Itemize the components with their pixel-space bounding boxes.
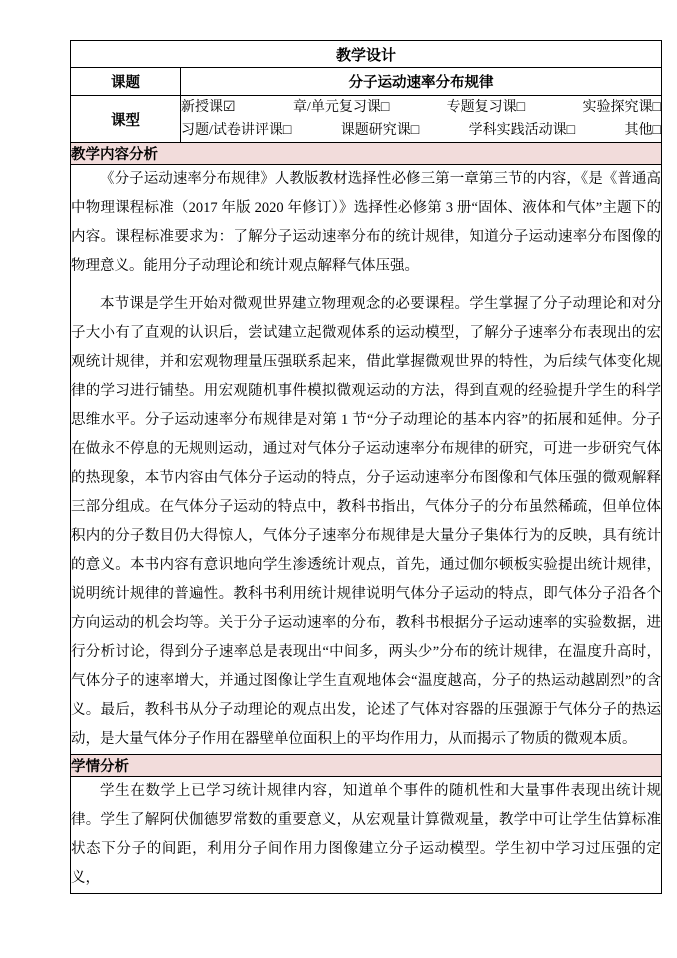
doc-title: 教学设计: [71, 41, 662, 68]
course-type-label: 课型: [71, 96, 181, 143]
course-type-option-new-lesson: 新授课☑: [181, 96, 236, 119]
section-body-learner-analysis: 学生在数学上已学习统计规律内容，知道单个事件的随机性和大量事件表现出统计规律。学…: [71, 777, 662, 894]
course-type-row: 课型 新授课☑ 章/单元复习课□ 专题复习课□ 实验探究课□ 习题/试卷讲评课□…: [71, 96, 662, 143]
checkbox-unchecked-icon: □: [567, 123, 575, 138]
section-body-row-content-analysis: 《分子运动速率分布规律》人教版教材选择性必修三第一章第三节的内容，《是《普通高中…: [71, 165, 662, 755]
paragraph: 本节课是学生开始对微观世界建立物理观念的必要课程。学生掌握了分子动理论和对分子大…: [71, 290, 661, 754]
teaching-design-table: 教学设计 课题 分子运动速率分布规律 课型 新授课☑ 章/单元复习课□ 专题复习…: [70, 40, 662, 894]
section-body-row-learner-analysis: 学生在数学上已学习统计规律内容，知道单个事件的随机性和大量事件表现出统计规律。学…: [71, 777, 662, 894]
document-page: { "document": { "title": "教学设计", "topic"…: [0, 0, 677, 958]
checkbox-unchecked-icon: □: [283, 123, 291, 138]
section-header-row-learner-analysis: 学情分析: [71, 755, 662, 777]
course-type-option-other: 其他□: [625, 119, 661, 142]
checkbox-unchecked-icon: □: [381, 100, 389, 115]
section-heading-learner-analysis: 学情分析: [71, 755, 662, 777]
paragraph: 学生在数学上已学习统计规律内容，知道单个事件的随机性和大量事件表现出统计规律。学…: [71, 777, 661, 893]
course-type-option-chapter-review: 章/单元复习课□: [293, 96, 389, 119]
topic-value: 分子运动速率分布规律: [181, 68, 662, 96]
course-type-option-experiment: 实验探究课□: [583, 96, 661, 119]
paragraph: 《分子运动速率分布规律》人教版教材选择性必修三第一章第三节的内容，《是《普通高中…: [71, 165, 661, 281]
course-type-option-exercise-review: 习题/试卷讲评课□: [181, 119, 291, 142]
checkbox-unchecked-icon: □: [411, 123, 419, 138]
checkbox-unchecked-icon: □: [653, 123, 661, 138]
section-body-content-analysis: 《分子运动速率分布规律》人教版教材选择性必修三第一章第三节的内容，《是《普通高中…: [71, 165, 662, 755]
checkbox-checked-icon: ☑: [223, 100, 236, 115]
checkbox-unchecked-icon: □: [517, 100, 525, 115]
section-header-row-content-analysis: 教学内容分析: [71, 143, 662, 165]
course-type-option-topic-review: 专题复习课□: [447, 96, 525, 119]
title-row: 教学设计: [71, 41, 662, 68]
course-type-options-line-2: 习题/试卷讲评课□ 课题研究课□ 学科实践活动课□ 其他□: [181, 119, 661, 142]
topic-row: 课题 分子运动速率分布规律: [71, 68, 662, 96]
section-heading-content-analysis: 教学内容分析: [71, 143, 662, 165]
course-type-option-research: 课题研究课□: [341, 119, 419, 142]
topic-label: 课题: [71, 68, 181, 96]
checkbox-unchecked-icon: □: [653, 100, 661, 115]
course-type-options: 新授课☑ 章/单元复习课□ 专题复习课□ 实验探究课□ 习题/试卷讲评课□ 课题…: [181, 96, 662, 143]
course-type-options-line-1: 新授课☑ 章/单元复习课□ 专题复习课□ 实验探究课□: [181, 96, 661, 119]
course-type-option-practice-activity: 学科实践活动课□: [469, 119, 575, 142]
